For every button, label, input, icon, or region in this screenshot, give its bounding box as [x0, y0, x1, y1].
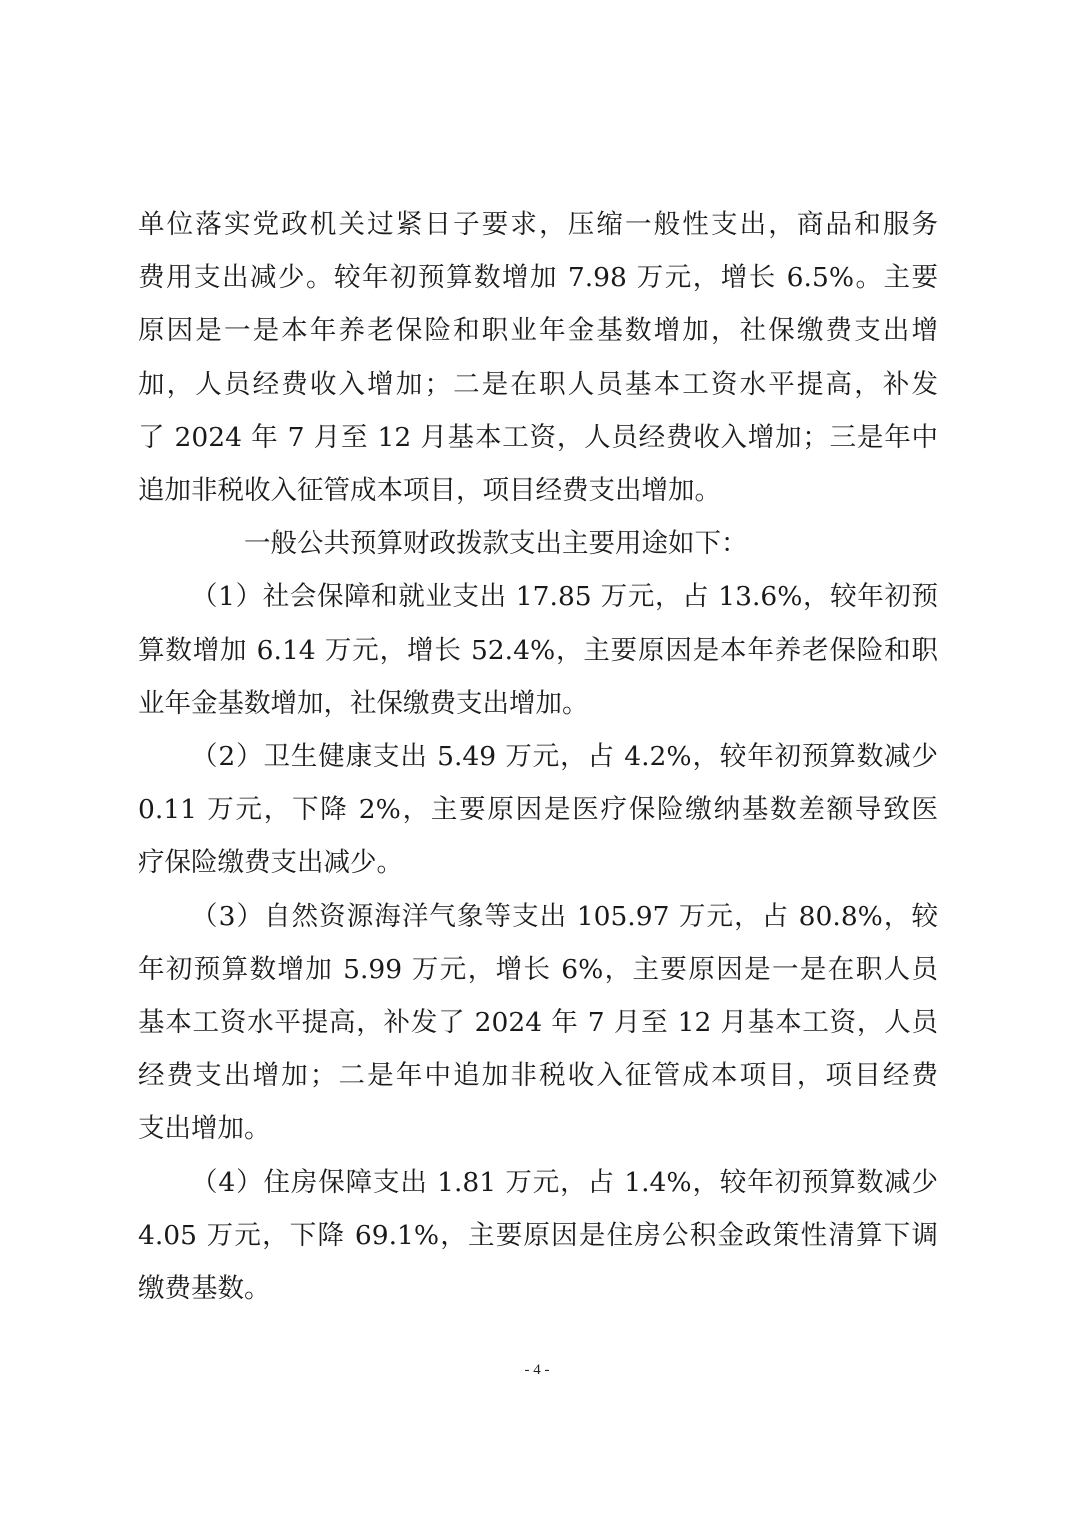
paragraph-item-4: （4）住房保障支出 1.81 万元，占 1.4%，较年初预算数减少 4.05 万… [138, 1156, 938, 1316]
text-line: 业年金基数增加，社保缴费支出增加。 [138, 677, 938, 730]
text-line: 了 2024 年 7 月至 12 月基本工资，人员经费收入增加；三是年中 [138, 411, 938, 464]
paragraph-item-3: （3）自然资源海洋气象等支出 105.97 万元，占 80.8%，较 年初预算数… [138, 890, 938, 1156]
body-text: 单位落实党政机关过紧日子要求，压缩一般性支出，商品和服务 费用支出减少。较年初预… [138, 198, 938, 1315]
text-line: 基本工资水平提高，补发了 2024 年 7 月至 12 月基本工资，人员 [138, 996, 938, 1049]
text-line: （1）社会保障和就业支出 17.85 万元，占 13.6%，较年初预 [138, 570, 938, 623]
text-line: 加，人员经费收入增加；二是在职人员基本工资水平提高，补发 [138, 358, 938, 411]
text-line: 一般公共预算财政拨款支出主要用途如下： [138, 517, 938, 570]
text-line: （2）卫生健康支出 5.49 万元，占 4.2%，较年初预算数减少 [138, 730, 938, 783]
text-line: （3）自然资源海洋气象等支出 105.97 万元，占 80.8%，较 [138, 890, 938, 943]
text-line: 单位落实党政机关过紧日子要求，压缩一般性支出，商品和服务 [138, 198, 938, 251]
text-line: 支出增加。 [138, 1102, 938, 1155]
text-line: 原因是一是本年养老保险和职业年金基数增加，社保缴费支出增 [138, 304, 938, 357]
text-line: （4）住房保障支出 1.81 万元，占 1.4%，较年初预算数减少 [138, 1156, 938, 1209]
paragraph-item-1: （1）社会保障和就业支出 17.85 万元，占 13.6%，较年初预 算数增加 … [138, 570, 938, 730]
page-number: - 4 - [0, 1362, 1074, 1379]
text-line: 年初预算数增加 5.99 万元，增长 6%，主要原因是一是在职人员 [138, 943, 938, 996]
paragraph-item-2: （2）卫生健康支出 5.49 万元，占 4.2%，较年初预算数减少 0.11 万… [138, 730, 938, 890]
text-line: 费用支出减少。较年初预算数增加 7.98 万元，增长 6.5%。主要 [138, 251, 938, 304]
text-line: 疗保险缴费支出减少。 [138, 836, 938, 889]
text-line: 4.05 万元，下降 69.1%，主要原因是住房公积金政策性清算下调 [138, 1209, 938, 1262]
text-line: 经费支出增加；二是年中追加非税收入征管成本项目，项目经费 [138, 1049, 938, 1102]
text-line: 0.11 万元，下降 2%，主要原因是医疗保险缴纳基数差额导致医 [138, 783, 938, 836]
text-line: 算数增加 6.14 万元，增长 52.4%，主要原因是本年养老保险和职 [138, 624, 938, 677]
paragraph-intro: 一般公共预算财政拨款支出主要用途如下： [138, 517, 938, 570]
text-line: 追加非税收入征管成本项目，项目经费支出增加。 [138, 464, 938, 517]
paragraph-continuation: 单位落实党政机关过紧日子要求，压缩一般性支出，商品和服务 费用支出减少。较年初预… [138, 198, 938, 517]
text-line: 缴费基数。 [138, 1262, 938, 1315]
document-page: 单位落实党政机关过紧日子要求，压缩一般性支出，商品和服务 费用支出减少。较年初预… [0, 0, 1074, 1520]
